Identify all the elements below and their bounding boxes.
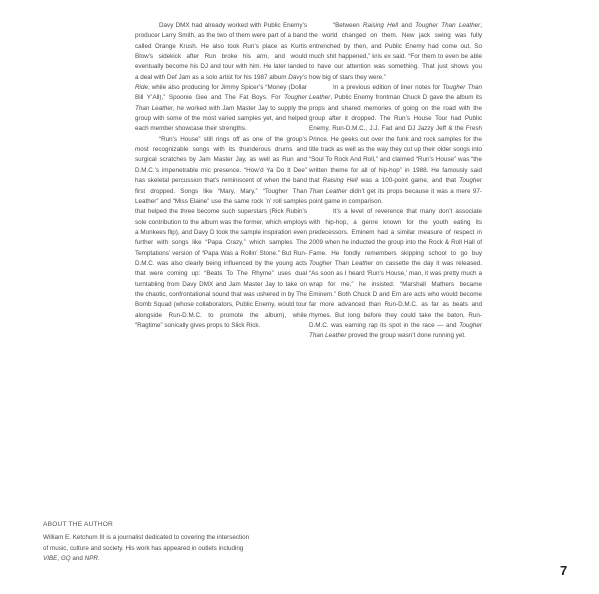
text-run: , Public Enemy frontman Chuck D gave the… [309,94,482,184]
text-run: “Run’s House” still rings off as one of … [135,136,307,329]
about-author-bio: William E. Ketchum III is a journalist d… [43,533,253,564]
italic-title: VIBE [43,555,57,562]
article-column-right: “Between Raising Hell and Tougher Than L… [309,21,482,342]
text-run: proved the group wasn’t done running yet… [346,332,465,339]
text-run: It’s a level of reverence that many don’… [309,208,482,256]
text-run: , the world changed on them. New jack sw… [309,22,482,81]
italic-title: Raising Hell [323,177,358,184]
article-column-left: Davy DMX had already worked with Public … [135,21,307,331]
italic-title: NPR [85,555,98,562]
text-run: and [398,22,415,29]
about-author-heading: ABOUT THE AUTHOR [43,520,253,530]
italic-title: Tougher Than Leather [415,22,480,29]
text-run: William E. Ketchum III is a journalist d… [43,534,249,551]
text-run: In a previous edition of liner notes for [333,84,442,91]
article-paragraph: Davy DMX had already worked with Public … [135,21,307,135]
page-number: 7 [560,563,567,578]
article-paragraph: It’s a level of reverence that many don’… [309,207,482,341]
italic-title: GQ [61,555,71,562]
text-run: . [98,555,100,562]
text-run: , while also producing for Jimmy Spicer’… [135,84,307,101]
italic-title: Tougher Than Leather [309,260,373,267]
text-run: Davy DMX had already worked with Public … [135,22,307,81]
text-run: “Between [333,22,363,29]
article-paragraph: “Between Raising Hell and Tougher Than L… [309,21,482,83]
article-paragraph: In a previous edition of liner notes for… [309,83,482,207]
text-run: was a 100-point game, and that [358,177,459,184]
about-the-author: ABOUT THE AUTHOR William E. Ketchum III … [43,520,253,564]
text-run: and [71,555,85,562]
italic-title: Raising Hell [363,22,398,29]
article-paragraph: “Run’s House” still rings off as one of … [135,135,307,332]
text-run: on cassette the day it was released. “As… [309,260,482,329]
